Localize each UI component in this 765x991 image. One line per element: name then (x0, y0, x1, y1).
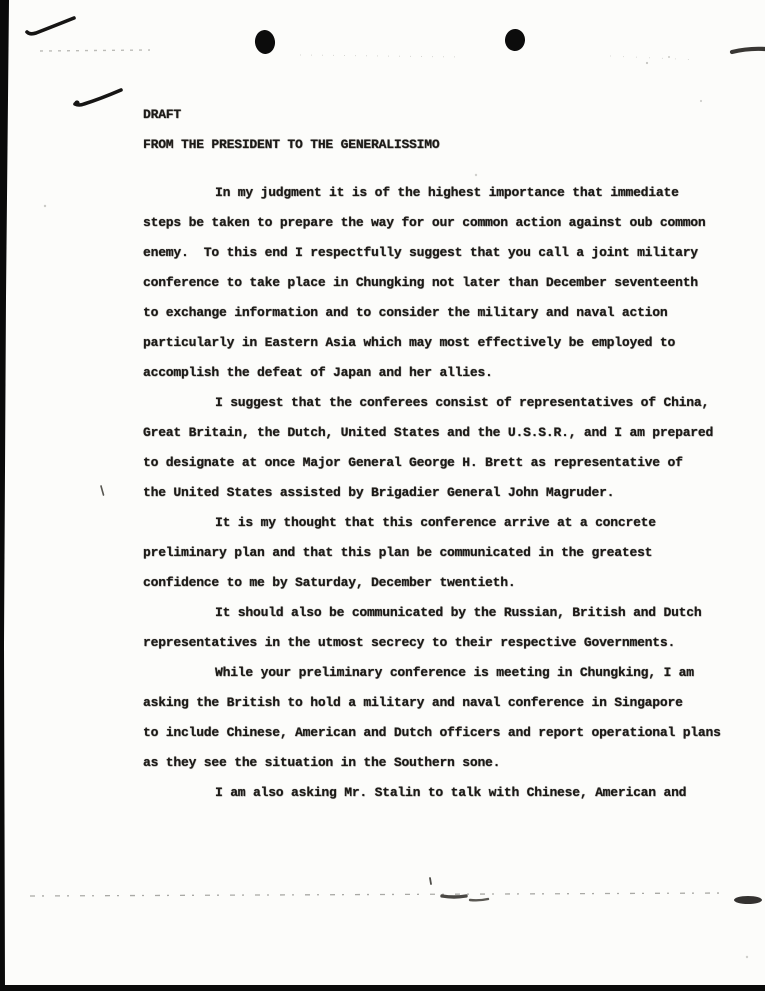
document-line: the United States assisted by Brigadier … (143, 478, 743, 508)
document-line: It is my thought that this conference ar… (143, 508, 743, 538)
scan-edge-bottom (0, 985, 765, 991)
smudge-bottom (470, 899, 488, 900)
document-line: to include Chinese, American and Dutch o… (143, 718, 743, 748)
document-line: In my judgment it is of the highest impo… (143, 178, 743, 208)
smudge-dash-top-right (732, 49, 765, 52)
paper-speck (668, 56, 670, 58)
paper-speck (746, 956, 748, 958)
scratch-line-top (610, 56, 700, 60)
document-line: representatives in the utmost secrecy to… (143, 628, 743, 658)
document-line: to exchange information and to consider … (143, 298, 743, 328)
paper-speck (646, 62, 648, 64)
document-line: accomplish the defeat of Japan and her a… (143, 358, 743, 388)
document-line: particularly in Eastern Asia which may m… (143, 328, 743, 358)
document-line: preliminary plan and that this plan be c… (143, 538, 743, 568)
document-body: In my judgment it is of the highest impo… (143, 178, 743, 808)
smudge-bottom-right (734, 896, 762, 904)
document-line: I suggest that the conferees consist of … (143, 388, 743, 418)
scanned-document-page: DRAFT FROM THE PRESIDENT TO THE GENERALI… (0, 0, 765, 991)
hole-punch-icon (504, 28, 526, 52)
document-line: While your preliminary conference is mee… (143, 658, 743, 688)
pen-tick (430, 878, 431, 884)
heading-body-spacer (143, 160, 743, 178)
document-line: enemy. To this end I respectfully sugges… (143, 238, 743, 268)
document-line: steps be taken to prepare the way for ou… (143, 208, 743, 238)
smudge-bottom (442, 896, 466, 897)
draft-label: DRAFT (143, 100, 743, 130)
document-heading: FROM THE PRESIDENT TO THE GENERALISSIMO (143, 130, 743, 160)
document-line: conference to take place in Chungking no… (143, 268, 743, 298)
document-line: as they see the situation in the Souther… (143, 748, 743, 778)
scratch-line-bottom (30, 893, 730, 896)
pen-checkmark-icon (27, 18, 74, 34)
scan-edge-left (0, 0, 10, 991)
document: DRAFT FROM THE PRESIDENT TO THE GENERALI… (143, 100, 743, 808)
hole-punch-icon (254, 29, 277, 55)
document-line: asking the British to hold a military an… (143, 688, 743, 718)
document-line: to designate at once Major General Georg… (143, 448, 743, 478)
scratch-line-top (300, 55, 465, 57)
document-line: confidence to me by Saturday, December t… (143, 568, 743, 598)
document-line: I am also asking Mr. Stalin to talk with… (143, 778, 743, 808)
document-line: It should also be communicated by the Ru… (143, 598, 743, 628)
paper-speck (44, 205, 46, 207)
document-line: Great Britain, the Dutch, United States … (143, 418, 743, 448)
pen-ink-blob (74, 100, 79, 105)
pen-checkmark-icon (75, 90, 121, 105)
pen-tick (101, 486, 104, 495)
scratch-line-top (40, 50, 150, 51)
